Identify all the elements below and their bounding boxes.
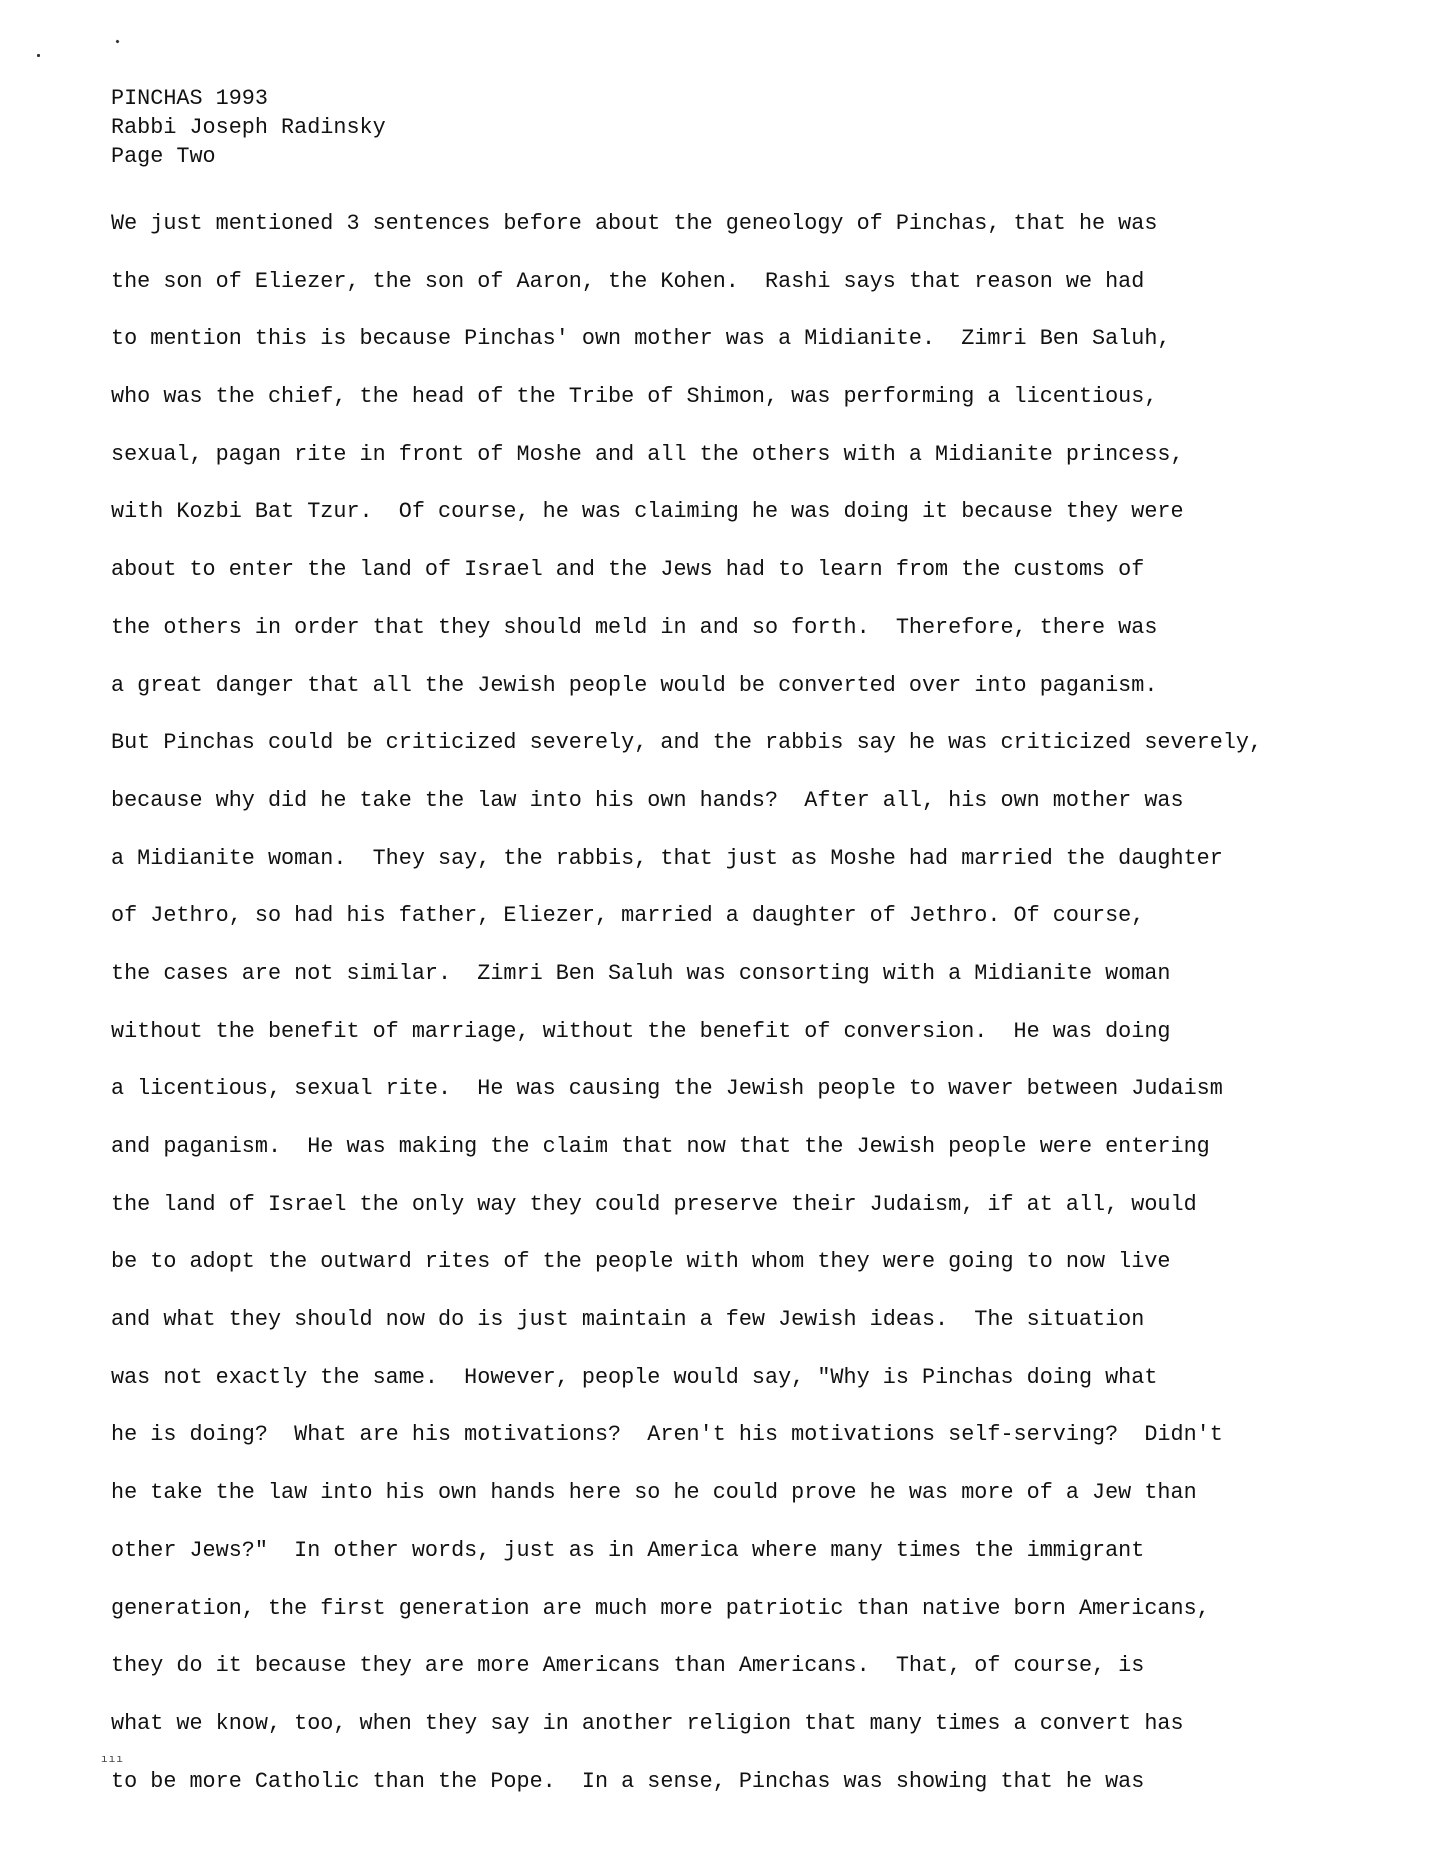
- document-body: We just mentioned 3 sentences before abo…: [111, 195, 1262, 1810]
- text-line: sexual, pagan rite in front of Moshe and…: [111, 426, 1262, 484]
- document-header: PINCHAS 1993 Rabbi Joseph Radinsky Page …: [111, 84, 386, 171]
- text-line: and what they should now do is just main…: [111, 1291, 1262, 1349]
- text-line: with Kozbi Bat Tzur. Of course, he was c…: [111, 483, 1262, 541]
- text-line: to be more Catholic than the Pope. In a …: [111, 1753, 1262, 1811]
- document-title: PINCHAS 1993: [111, 84, 386, 113]
- text-line: because why did he take the law into his…: [111, 772, 1262, 830]
- text-line: We just mentioned 3 sentences before abo…: [111, 195, 1262, 253]
- scan-speck: [115, 39, 119, 43]
- text-line: was not exactly the same. However, peopl…: [111, 1349, 1262, 1407]
- text-line: he is doing? What are his motivations? A…: [111, 1406, 1262, 1464]
- document-author: Rabbi Joseph Radinsky: [111, 113, 386, 142]
- text-line: other Jews?" In other words, just as in …: [111, 1522, 1262, 1580]
- text-line: a Midianite woman. They say, the rabbis,…: [111, 830, 1262, 888]
- text-line: to mention this is because Pinchas' own …: [111, 310, 1262, 368]
- text-line: generation, the first generation are muc…: [111, 1580, 1262, 1638]
- text-line: who was the chief, the head of the Tribe…: [111, 368, 1262, 426]
- page-label: Page Two: [111, 142, 386, 171]
- text-line: of Jethro, so had his father, Eliezer, m…: [111, 887, 1262, 945]
- text-line: But Pinchas could be criticized severely…: [111, 714, 1262, 772]
- text-line: a great danger that all the Jewish peopl…: [111, 657, 1262, 715]
- scan-speck: [37, 54, 40, 57]
- text-line: what we know, too, when they say in anot…: [111, 1695, 1262, 1753]
- text-line: the others in order that they should mel…: [111, 599, 1262, 657]
- text-line: be to adopt the outward rites of the peo…: [111, 1233, 1262, 1291]
- text-line: and paganism. He was making the claim th…: [111, 1118, 1262, 1176]
- text-line: the land of Israel the only way they cou…: [111, 1176, 1262, 1234]
- text-line: a licentious, sexual rite. He was causin…: [111, 1060, 1262, 1118]
- text-line: about to enter the land of Israel and th…: [111, 541, 1262, 599]
- footer-scan-mark: ııı: [101, 1754, 124, 1766]
- text-line: they do it because they are more America…: [111, 1637, 1262, 1695]
- text-line: without the benefit of marriage, without…: [111, 1003, 1262, 1061]
- text-line: the son of Eliezer, the son of Aaron, th…: [111, 253, 1262, 311]
- text-line: the cases are not similar. Zimri Ben Sal…: [111, 945, 1262, 1003]
- text-line: he take the law into his own hands here …: [111, 1464, 1262, 1522]
